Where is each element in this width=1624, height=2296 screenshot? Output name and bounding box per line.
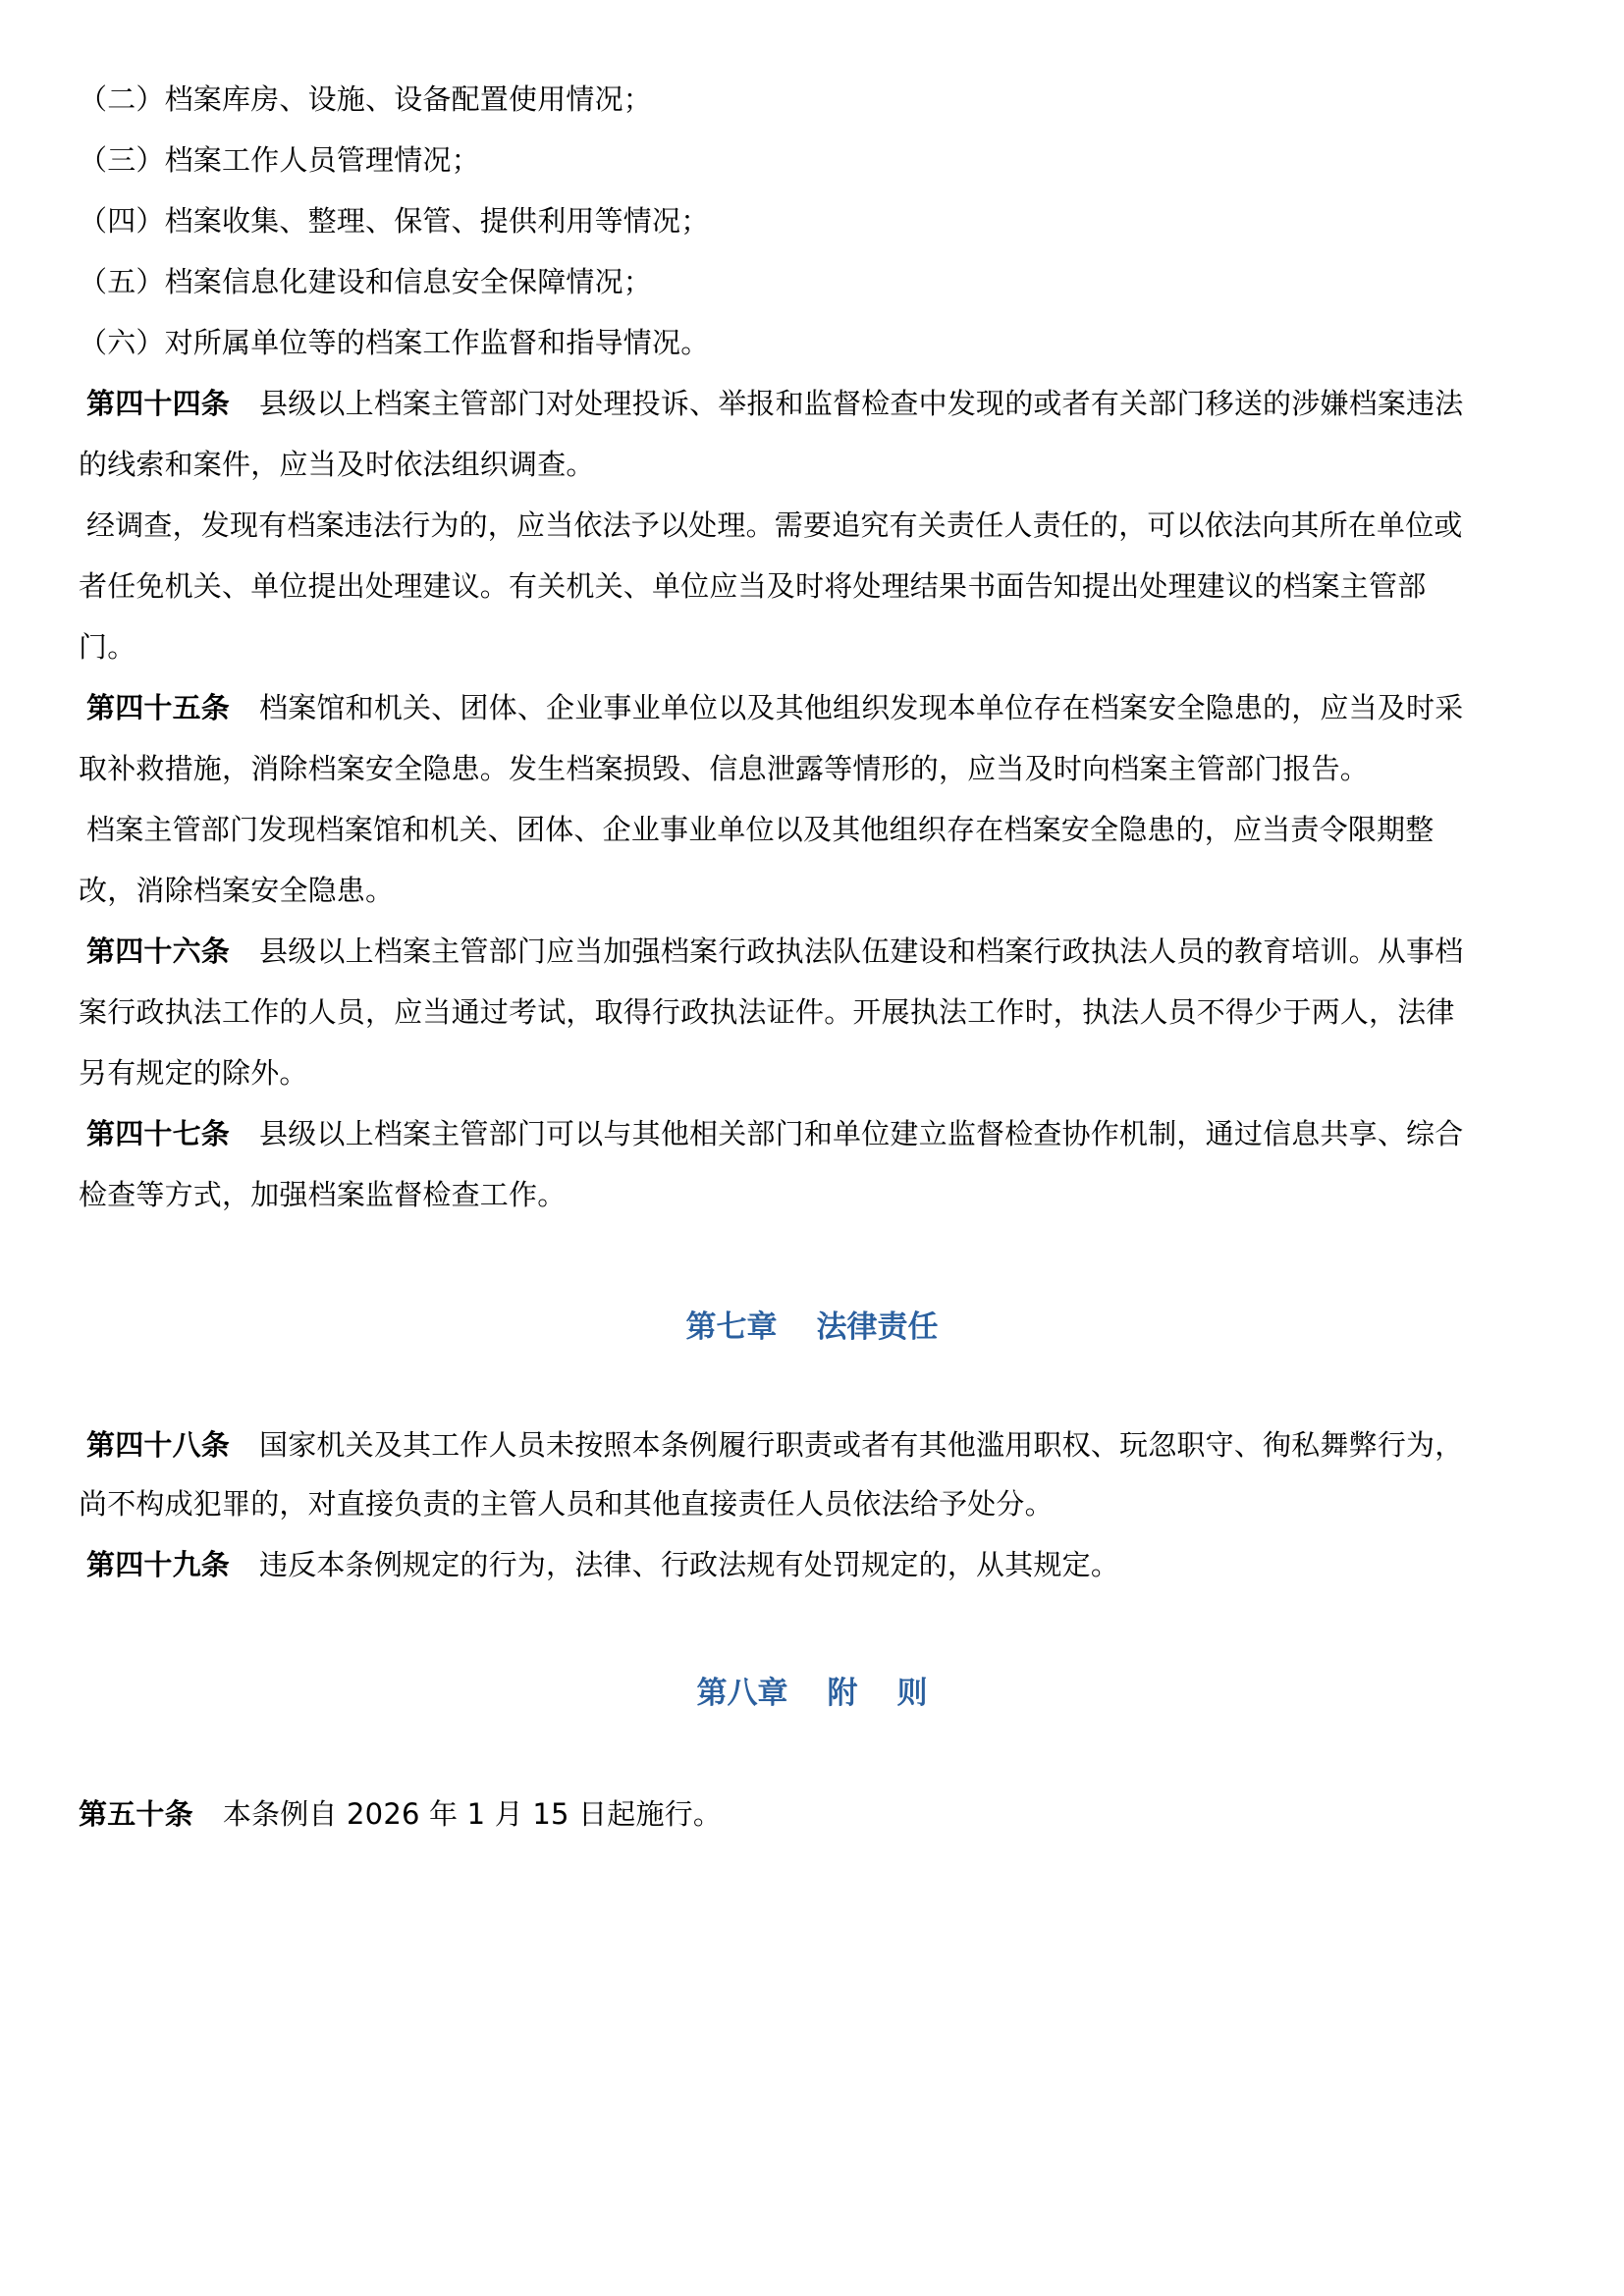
- article-number: 第四十七条: [86, 1117, 230, 1150]
- article-text: 本条例自 2026 年 1 月 15 日起施行。: [223, 1797, 722, 1831]
- article-number: 第五十条: [79, 1797, 193, 1831]
- article-text: 县级以上档案主管部门对处理投诉、举报和监督检查中发现的或者有关部门移送的涉嫌档案…: [259, 387, 1463, 420]
- article-49-line-1: 第四十九条违反本条例规定的行为，法律、行政法规有处罚规定的，从其规定。: [86, 1534, 1540, 1595]
- article-44-line-5: 门。: [79, 616, 1532, 677]
- article-44-line-2: 的线索和案件，应当及时依法组织调查。: [79, 434, 1532, 495]
- article-text: 县级以上档案主管部门可以与其他相关部门和单位建立监督检查协作机制，通过信息共享、…: [259, 1117, 1463, 1150]
- chapter-7-heading: 第七章法律责任: [0, 1303, 1624, 1352]
- chapter-title-part-2: 则: [897, 1676, 928, 1711]
- list-item: （五）档案信息化建设和信息安全保障情况；: [79, 251, 1532, 312]
- chapter-title: 法律责任: [817, 1309, 939, 1345]
- article-46-line-2: 案行政执法工作的人员，应当通过考试，取得行政执法证件。开展执法工作时，执法人员不…: [79, 982, 1532, 1042]
- article-44-line-4: 者任免机关、单位提出处理建议。有关机关、单位应当及时将处理结果书面告知提出处理建…: [79, 556, 1532, 616]
- chapter-number: 第七章: [686, 1309, 778, 1345]
- article-number: 第四十六条: [86, 934, 230, 968]
- article-45-paragraph-2: 档案主管部门发现档案馆和机关、团体、企业事业单位以及其他组织存在档案安全隐患的，…: [86, 799, 1540, 860]
- article-45-line-4: 改，消除档案安全隐患。: [79, 860, 1532, 921]
- article-45-line-2: 取补救措施，消除档案安全隐患。发生档案损毁、信息泄露等情形的，应当及时向档案主管…: [79, 738, 1532, 799]
- chapter-8-heading: 第八章附则: [0, 1669, 1624, 1718]
- article-text: 违反本条例规定的行为，法律、行政法规有处罚规定的，从其规定。: [259, 1548, 1119, 1581]
- list-item: （二）档案库房、设施、设备配置使用情况；: [79, 69, 1532, 130]
- article-48-line-1: 第四十八条国家机关及其工作人员未按照本条例履行职责或者有其他滥用职权、玩忽职守、…: [86, 1415, 1540, 1475]
- article-44-line-1: 第四十四条县级以上档案主管部门对处理投诉、举报和监督检查中发现的或者有关部门移送…: [86, 373, 1540, 434]
- article-45-line-1: 第四十五条档案馆和机关、团体、企业事业单位以及其他组织发现本单位存在档案安全隐患…: [86, 677, 1540, 738]
- article-47-line-1: 第四十七条县级以上档案主管部门可以与其他相关部门和单位建立监督检查协作机制，通过…: [86, 1103, 1540, 1164]
- article-number: 第四十五条: [86, 691, 230, 724]
- article-number: 第四十八条: [86, 1428, 230, 1462]
- document-page: （二）档案库房、设施、设备配置使用情况； （三）档案工作人员管理情况； （四）档…: [0, 0, 1624, 2296]
- article-48-line-2: 尚不构成犯罪的，对直接负责的主管人员和其他直接责任人员依法给予处分。: [79, 1473, 1532, 1534]
- article-text: 国家机关及其工作人员未按照本条例履行职责或者有其他滥用职权、玩忽职守、徇私舞弊行…: [259, 1428, 1463, 1462]
- list-item: （三）档案工作人员管理情况；: [79, 130, 1532, 190]
- article-text: 档案馆和机关、团体、企业事业单位以及其他组织发现本单位存在档案安全隐患的，应当及…: [259, 691, 1463, 724]
- article-44-paragraph-2: 经调查，发现有档案违法行为的，应当依法予以处理。需要追究有关责任人责任的，可以依…: [86, 495, 1540, 556]
- article-46-line-1: 第四十六条县级以上档案主管部门应当加强档案行政执法队伍建设和档案行政执法人员的教…: [86, 921, 1540, 982]
- chapter-number: 第八章: [697, 1676, 788, 1711]
- chapter-title-part-1: 附: [828, 1676, 858, 1711]
- article-text: 县级以上档案主管部门应当加强档案行政执法队伍建设和档案行政执法人员的教育培训。从…: [259, 934, 1463, 968]
- article-number: 第四十四条: [86, 387, 230, 420]
- article-50-line-1: 第五十条本条例自 2026 年 1 月 15 日起施行。: [79, 1784, 1532, 1844]
- article-47-line-2: 检查等方式，加强档案监督检查工作。: [79, 1164, 1532, 1225]
- article-46-line-3: 另有规定的除外。: [79, 1042, 1532, 1103]
- list-item: （六）对所属单位等的档案工作监督和指导情况。: [79, 312, 1532, 373]
- list-item: （四）档案收集、整理、保管、提供利用等情况；: [79, 190, 1532, 251]
- article-number: 第四十九条: [86, 1548, 230, 1581]
